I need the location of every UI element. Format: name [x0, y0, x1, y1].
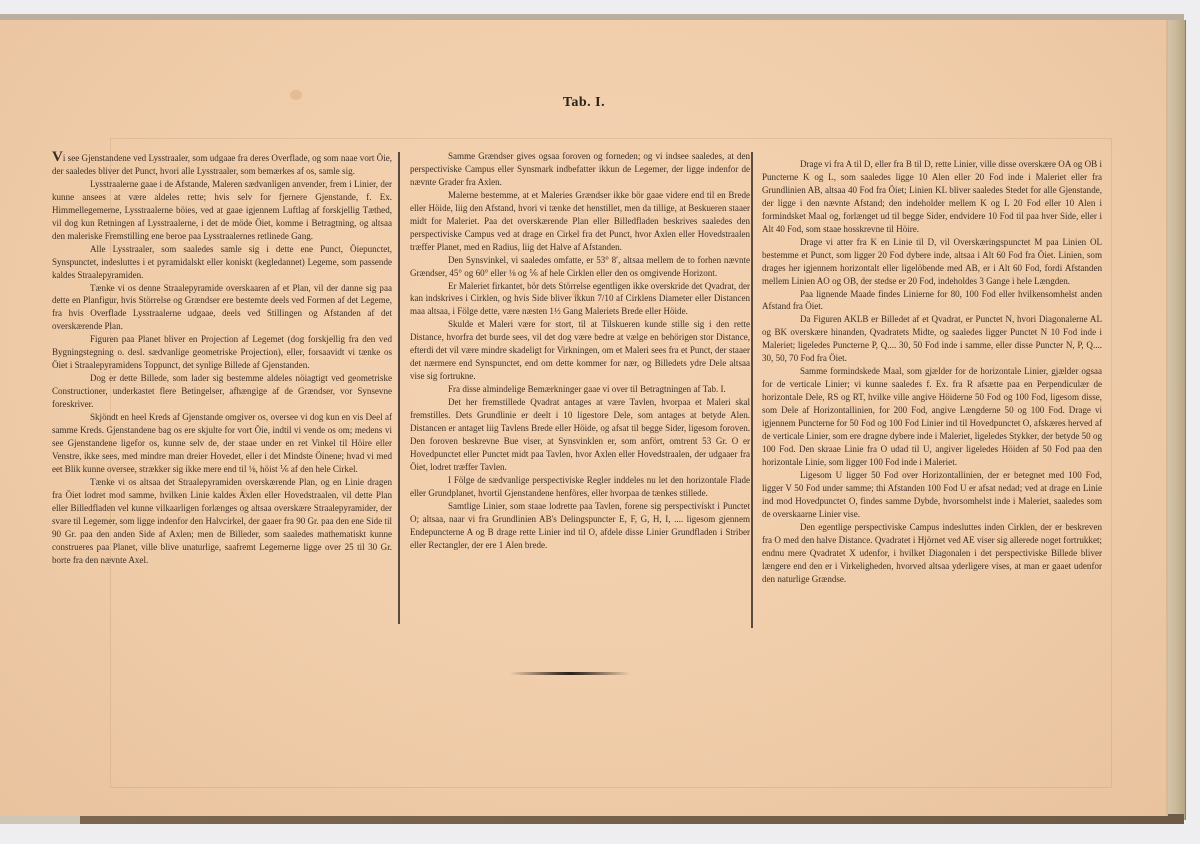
paragraph: Ligesom U ligger 50 Fod over Horizontall…	[762, 469, 1102, 521]
paragraph: Vi see Gjenstandene ved Lysstraaler, som…	[52, 152, 392, 178]
drop-cap: V	[52, 149, 63, 165]
column-rule-left	[398, 152, 400, 624]
paragraph: Alle Lysstraaler, som saaledes samle sig…	[52, 243, 392, 282]
end-ornament-rule	[510, 672, 630, 675]
paragraph: Figuren paa Planet bliver en Projection …	[52, 333, 392, 372]
paragraph: Den Synsvinkel, vi saaledes omfatte, er …	[410, 254, 750, 280]
paragraph: Tænke vi os altsaa det Straalepyramiden …	[52, 476, 392, 567]
paragraph: Det her fremstillede Qvadrat antages at …	[410, 396, 750, 474]
paragraph: Paa lignende Maade findes Linierne for 8…	[762, 288, 1102, 314]
column-rule-right	[751, 152, 753, 628]
page-title: Tab. I.	[0, 95, 1168, 111]
paragraph: Fra disse almindelige Bemærkninger gaae …	[410, 383, 750, 396]
paragraph: Da Figuren AKLB er Billedet af et Qvadra…	[762, 313, 1102, 365]
paragraph: Skulde et Maleri være for stort, til at …	[410, 318, 750, 383]
paragraph: Drage vi atter fra K en Linie til D, vil…	[762, 236, 1102, 288]
paragraph: Malerne bestemme, at et Maleries Grændse…	[410, 189, 750, 254]
paragraph: Skjöndt en heel Kreds af Gjenstande omgi…	[52, 411, 392, 476]
column-middle: Samme Grændser gives ogsaa foroven og fo…	[410, 150, 750, 552]
column-left: Vi see Gjenstandene ved Lysstraaler, som…	[52, 152, 392, 567]
paragraph: Samtlige Linier, som staae lodrette paa …	[410, 500, 750, 552]
paragraph: Tænke vi os denne Straalepyramide oversk…	[52, 282, 392, 334]
paragraph: Dog er dette Billede, som lader sig best…	[52, 372, 392, 411]
paragraph: Samme Grændser gives ogsaa foroven og fo…	[410, 150, 750, 189]
paragraph: Samme formindskede Maal, som gjælder for…	[762, 365, 1102, 469]
paragraph: Den egentlige perspectiviske Campus inde…	[762, 521, 1102, 586]
paragraph: Lysstraalerne gaae i de Afstande, Malere…	[52, 178, 392, 243]
paragraph: Drage vi fra A til D, eller fra B til D,…	[762, 158, 1102, 236]
paragraph: I Fölge de sædvanlige perspectiviske Reg…	[410, 474, 750, 500]
paragraph: Er Maleriet firkantet, bör dets Störrels…	[410, 280, 750, 319]
column-right: Drage vi fra A til D, eller fra B til D,…	[762, 158, 1102, 585]
